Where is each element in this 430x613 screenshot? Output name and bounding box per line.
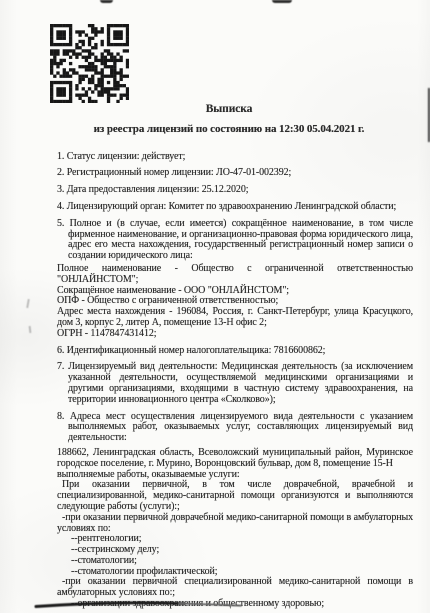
activity-address: 188662, Ленинградская область, Всеволожс… [57, 448, 413, 470]
service-line: -при оказании первичной специализированн… [57, 577, 413, 599]
license-item: 1. Статус лицензии: действует; [57, 152, 413, 163]
service-line: При оказании первичной, в том числе довр… [57, 480, 413, 512]
document-content: Выписка из реестра лицензий по состоянию… [57, 104, 413, 610]
license-item: 7. Лицензируемый вид деятельности: Медиц… [57, 362, 413, 405]
scanned-license-extract-page: Выписка из реестра лицензий по состоянию… [0, 0, 430, 613]
items-part1: 1. Статус лицензии: действует;2. Регистр… [57, 152, 413, 262]
org-detail-line: ОГРН - 1147847431412; [57, 329, 413, 340]
org-detail-line: Полное наименование - Общество с огранич… [57, 264, 413, 286]
org-details-block: Полное наименование - Общество с огранич… [57, 264, 413, 340]
license-item: 3. Дата предоставления лицензии: 25.12.2… [57, 185, 413, 196]
org-detail-line: Адрес места нахождения - 196084, Россия,… [57, 307, 413, 329]
license-item: 2. Регистрационный номер лицензии: ЛО-47… [57, 168, 413, 179]
scan-speck [100, 0, 113, 3]
document-subtitle: из реестра лицензий по состоянию на 12:3… [57, 124, 401, 135]
scan-smudge [26, 299, 30, 308]
document-title: Выписка [57, 104, 401, 115]
license-item: 5. Полное и (в случае, если имеется) сок… [57, 219, 413, 262]
services-list: При оказании первичной, в том числе довр… [57, 480, 413, 610]
document-header: Выписка из реестра лицензий по состоянию… [57, 104, 401, 135]
scan-speck [272, 0, 292, 3]
items-part2: 6. Идентификационный номер налогоплатель… [57, 346, 413, 444]
scan-smudge [29, 326, 32, 333]
qr-code-icon [50, 24, 129, 103]
service-line: -при оказании первичной доврачебной меди… [57, 513, 413, 535]
license-item: 6. Идентификационный номер налогоплатель… [57, 346, 413, 357]
license-item: 4. Лицензирующий орган: Комитет по здрав… [57, 202, 413, 213]
scan-bottom-edge [34, 598, 246, 611]
license-item: 8. Адреса мест осуществления лицензируем… [57, 412, 413, 444]
